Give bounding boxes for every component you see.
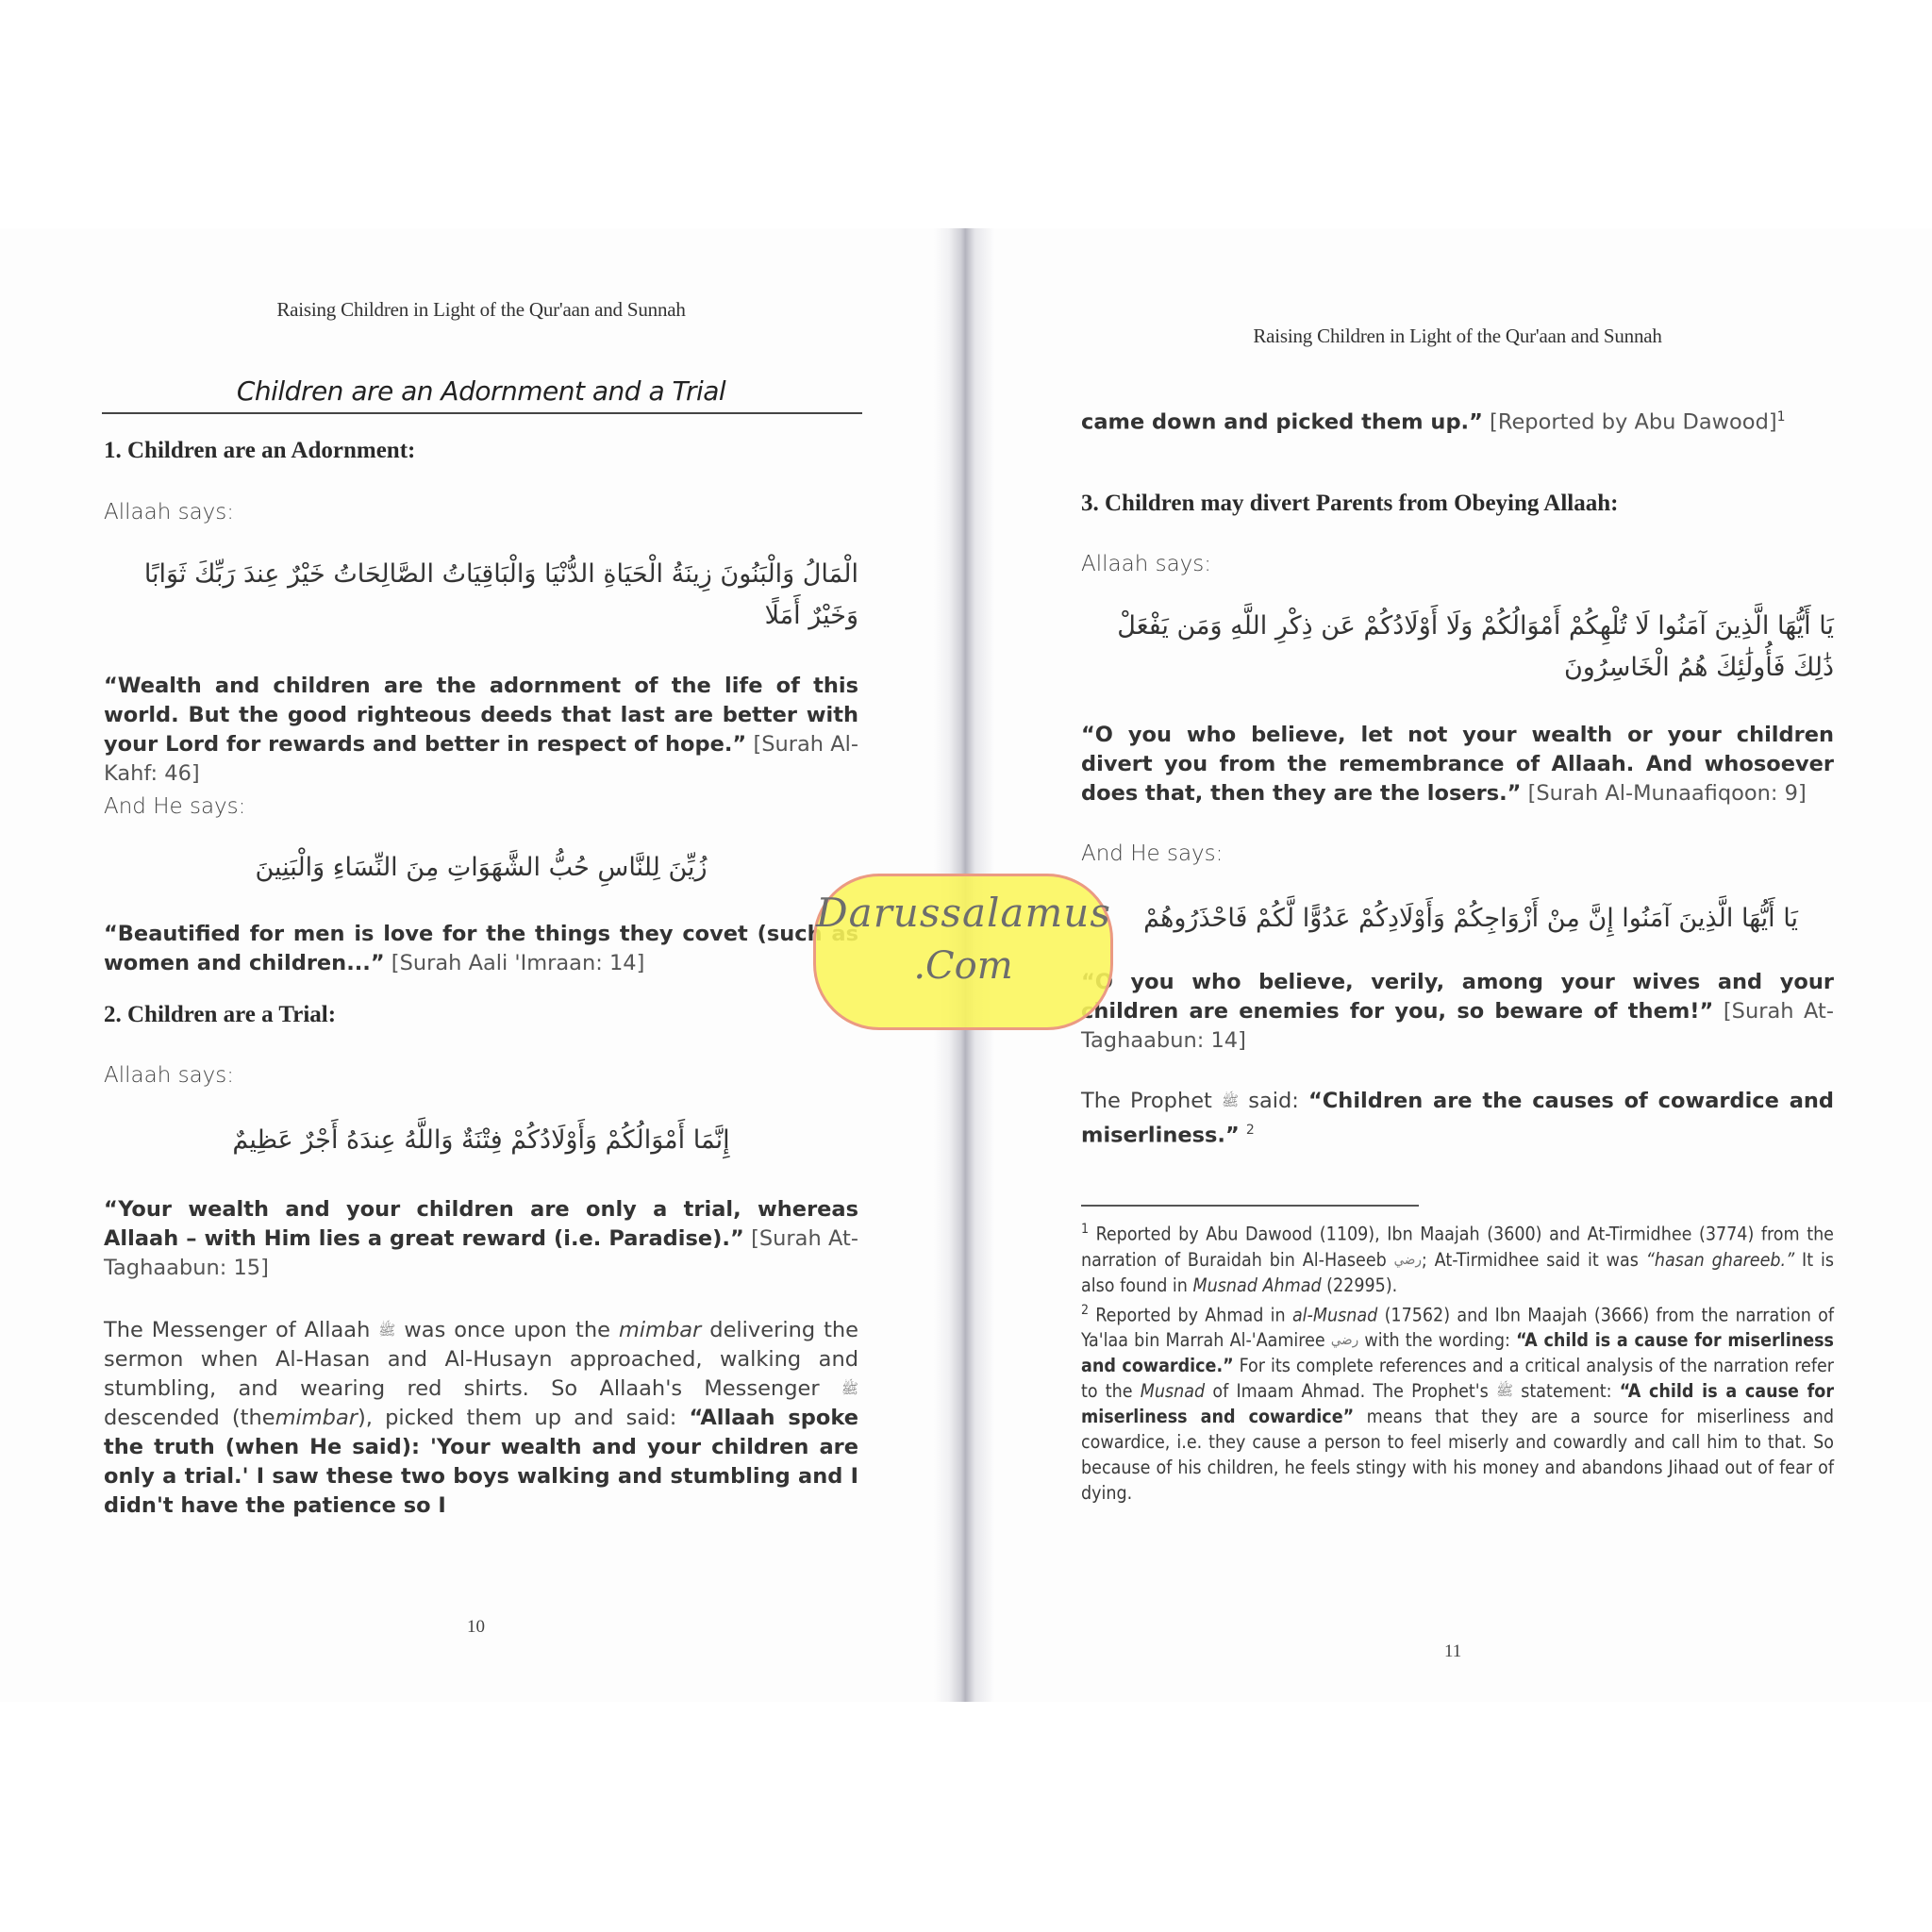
quote-munaafiqoon: “O you who believe, let not your wealth … (1081, 721, 1834, 808)
allaah-says-label: Allaah says: (104, 1063, 234, 1088)
arabic-verse-imraan: زُيِّنَ لِلنَّاسِ حُبُّ الشَّهَوَاتِ مِن… (104, 847, 858, 889)
salutation-icon: ﷺ (1496, 1382, 1513, 1399)
footnotes: 1 Reported by Abu Dawood (1109), Ibn Maa… (1081, 1217, 1834, 1506)
quote-text: “Your wealth and your children are only … (104, 1197, 858, 1251)
narration-text: mimbar (619, 1318, 701, 1342)
quote-reference: [Surah Al-Munaafiqoon: 9] (1528, 781, 1807, 806)
footnote-1: 1 Reported by Abu Dawood (1109), Ibn Maa… (1081, 1217, 1834, 1298)
arabic-verse-munaafiqoon: يَا أَيُّهَا الَّذِينَ آمَنُوا لَا تُلْه… (1081, 606, 1834, 689)
allaah-says-label: Allaah says: (1081, 552, 1211, 576)
continuation-paragraph: came down and picked them up.” [Reported… (1081, 403, 1834, 438)
prophet-hadith-paragraph: The Prophet ﷺ said: “Children are the ca… (1081, 1087, 1834, 1151)
footnote-text: Reported by Ahmad in (1095, 1304, 1285, 1325)
quote-text: “O you who believe, verily, among your w… (1081, 970, 1834, 1024)
footnote-text: (22995). (1326, 1274, 1397, 1296)
watermark-line2: .Com (816, 944, 1110, 988)
arabic-verse-taghaabun-15: إِنَّمَا أَمْوَالُكُمْ وَأَوْلَادُكُمْ ف… (104, 1120, 858, 1161)
footnote-text: statement: (1521, 1380, 1611, 1402)
footnote-text: with the wording: (1364, 1329, 1510, 1351)
section-heading-2: 2. Children are a Trial: (104, 1002, 336, 1028)
and-he-says-label: And He says: (104, 794, 245, 819)
page-number: 11 (1444, 1641, 1461, 1662)
page-number: 10 (467, 1617, 485, 1638)
footnote-text: al-Musnad (1292, 1304, 1377, 1325)
quote-taghaabun-15: “Your wealth and your children are only … (104, 1195, 858, 1283)
quote-taghaabun-14: “O you who believe, verily, among your w… (1081, 968, 1834, 1056)
salutation-icon: ﷺ (378, 1322, 395, 1339)
narration-text: descended (the (104, 1406, 275, 1430)
quote-imraan: “Beautified for men is love for the thin… (104, 920, 858, 978)
footnote-text: Musnad (1141, 1380, 1205, 1402)
footnote-2: 2 Reported by Ahmad in al-Musnad (17562)… (1081, 1298, 1834, 1507)
watermark-badge: Darussalamus .Com (813, 874, 1113, 1030)
quote-reference: [Surah Aali 'Imraan: 14] (391, 951, 645, 975)
quote-kahf: “Wealth and children are the adornment o… (104, 672, 858, 789)
footnote-marker[interactable]: 2 (1246, 1123, 1255, 1138)
footnote-text: “hasan ghareeb.” (1646, 1249, 1794, 1271)
footnote-text: Musnad Ahmad (1193, 1274, 1322, 1296)
narration-text: The Messenger of Allaah (104, 1318, 370, 1342)
narration-text: The Prophet (1081, 1089, 1212, 1113)
footnote-text: of Imaam Ahmad. The Prophet's (1212, 1380, 1488, 1402)
narration-text: said: (1248, 1089, 1299, 1113)
footnote-number: 1 (1081, 1222, 1089, 1237)
running-head: Raising Children in Light of the Qur'aan… (1081, 325, 1834, 348)
and-he-says-label: And He says: (1081, 841, 1223, 866)
narration-text: ), picked them up and said: (358, 1406, 676, 1430)
allaah-says-label: Allaah says: (104, 500, 234, 525)
salutation-icon: ﷺ (841, 1380, 858, 1397)
footnote-marker[interactable]: 1 (1777, 409, 1786, 425)
footnote-number: 2 (1081, 1303, 1089, 1318)
narration-text: was once upon the (404, 1318, 610, 1342)
narration-paragraph: The Messenger of Allaah ﷺ was once upon … (104, 1316, 858, 1521)
salutation-icon: ﷺ (1222, 1092, 1239, 1109)
narration-text: mimbar (275, 1406, 358, 1430)
running-head: Raising Children in Light of the Qur'aan… (104, 298, 858, 322)
hadith-text: came down and picked them up.” (1081, 410, 1483, 435)
chapter-title: Children are an Adornment and a Trial (104, 375, 858, 407)
section-heading-1: 1. Children are an Adornment: (104, 438, 415, 464)
arabic-verse-kahf: الْمَالُ وَالْبَنُونَ زِينَةُ الْحَيَاةِ… (104, 554, 858, 637)
section-heading-3: 3. Children may divert Parents from Obey… (1081, 491, 1618, 517)
quote-reference: [Reported by Abu Dawood] (1490, 410, 1777, 435)
footnote-text: ; At-Tirmidhee said it was (1422, 1249, 1639, 1271)
radiya-icon: رضي (1331, 1331, 1358, 1348)
quote-text: “Wealth and children are the adornment o… (104, 674, 858, 757)
radiya-icon: رضي (1394, 1251, 1422, 1268)
watermark-line1: Darussalamus (816, 890, 1110, 936)
arabic-verse-taghaabun-14: يَا أَيُّهَا الَّذِينَ آمَنُوا إِنَّ مِن… (1081, 898, 1798, 940)
footnote-rule (1081, 1205, 1419, 1207)
chapter-rule (102, 412, 862, 414)
